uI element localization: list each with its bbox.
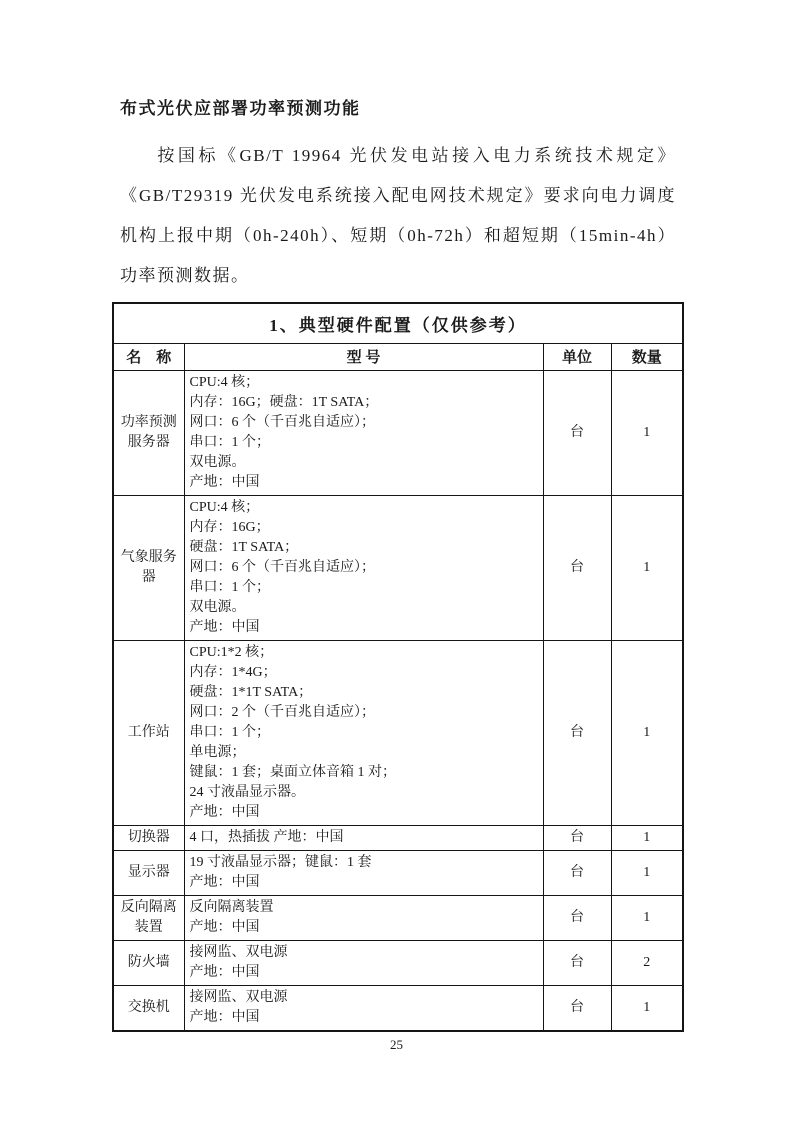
device-name-cell: 功率预测服务器 — [113, 370, 184, 495]
quantity-cell: 1 — [611, 370, 683, 495]
model-cell: 接网监、双电源 产地：中国 — [184, 985, 543, 1031]
table-row: 交换机 接网监、双电源 产地：中国 台 1 — [113, 985, 683, 1031]
body-paragraph: 按国标《GB/T 19964 光伏发电站接入电力系统技术规定》《GB/T2931… — [120, 136, 676, 296]
device-name-cell: 反向隔离装置 — [113, 895, 184, 940]
document-page: 布式光伏应部署功率预测功能 按国标《GB/T 19964 光伏发电站接入电力系统… — [0, 0, 793, 1122]
model-cell: CPU:4 核； 内存：16G； 硬盘：1T SATA； 网口：6 个（千百兆自… — [184, 495, 543, 640]
device-name-cell: 交换机 — [113, 985, 184, 1031]
col-header-quantity: 数量 — [611, 343, 683, 370]
table-title-row: 1、典型硬件配置（仅供参考） — [113, 303, 683, 343]
quantity-cell: 1 — [611, 985, 683, 1031]
device-name-cell: 切换器 — [113, 825, 184, 850]
quantity-cell: 1 — [611, 495, 683, 640]
table-title: 1、典型硬件配置（仅供参考） — [113, 303, 683, 343]
unit-cell: 台 — [543, 940, 611, 985]
device-name-cell: 防火墙 — [113, 940, 184, 985]
quantity-cell: 1 — [611, 640, 683, 825]
table-header-row: 名 称 型 号 单位 数量 — [113, 343, 683, 370]
table-row: 切换器 4 口，热插拔 产地：中国 台 1 — [113, 825, 683, 850]
section-heading: 布式光伏应部署功率预测功能 — [120, 96, 682, 122]
unit-cell: 台 — [543, 825, 611, 850]
table-row: 气象服务器 CPU:4 核； 内存：16G； 硬盘：1T SATA； 网口：6 … — [113, 495, 683, 640]
model-cell: 反向隔离装置 产地：中国 — [184, 895, 543, 940]
unit-cell: 台 — [543, 640, 611, 825]
model-cell: CPU:4 核； 内存：16G；硬盘：1T SATA； 网口：6 个（千百兆自适… — [184, 370, 543, 495]
quantity-cell: 1 — [611, 895, 683, 940]
unit-cell: 台 — [543, 495, 611, 640]
col-header-name: 名 称 — [113, 343, 184, 370]
model-cell: 接网监、双电源 产地：中国 — [184, 940, 543, 985]
unit-cell: 台 — [543, 370, 611, 495]
model-cell: 4 口，热插拔 产地：中国 — [184, 825, 543, 850]
table-row: 防火墙 接网监、双电源 产地：中国 台 2 — [113, 940, 683, 985]
col-header-model: 型 号 — [184, 343, 543, 370]
unit-cell: 台 — [543, 985, 611, 1031]
device-name-cell: 气象服务器 — [113, 495, 184, 640]
page-content: 布式光伏应部署功率预测功能 按国标《GB/T 19964 光伏发电站接入电力系统… — [112, 96, 682, 1032]
table-row: 显示器 19 寸液晶显示器；键鼠：1 套 产地：中国 台 1 — [113, 850, 683, 895]
model-cell: 19 寸液晶显示器；键鼠：1 套 产地：中国 — [184, 850, 543, 895]
page-number: 25 — [0, 1037, 793, 1053]
device-name-cell: 显示器 — [113, 850, 184, 895]
table-row: 功率预测服务器 CPU:4 核； 内存：16G；硬盘：1T SATA； 网口：6… — [113, 370, 683, 495]
quantity-cell: 1 — [611, 850, 683, 895]
hardware-config-table: 1、典型硬件配置（仅供参考） 名 称 型 号 单位 数量 功率预测服务器 CPU… — [112, 302, 684, 1032]
unit-cell: 台 — [543, 895, 611, 940]
col-header-unit: 单位 — [543, 343, 611, 370]
unit-cell: 台 — [543, 850, 611, 895]
quantity-cell: 2 — [611, 940, 683, 985]
device-name-cell: 工作站 — [113, 640, 184, 825]
model-cell: CPU:1*2 核； 内存：1*4G； 硬盘：1*1T SATA； 网口：2 个… — [184, 640, 543, 825]
table-row: 工作站 CPU:1*2 核； 内存：1*4G； 硬盘：1*1T SATA； 网口… — [113, 640, 683, 825]
table-row: 反向隔离装置 反向隔离装置 产地：中国 台 1 — [113, 895, 683, 940]
quantity-cell: 1 — [611, 825, 683, 850]
